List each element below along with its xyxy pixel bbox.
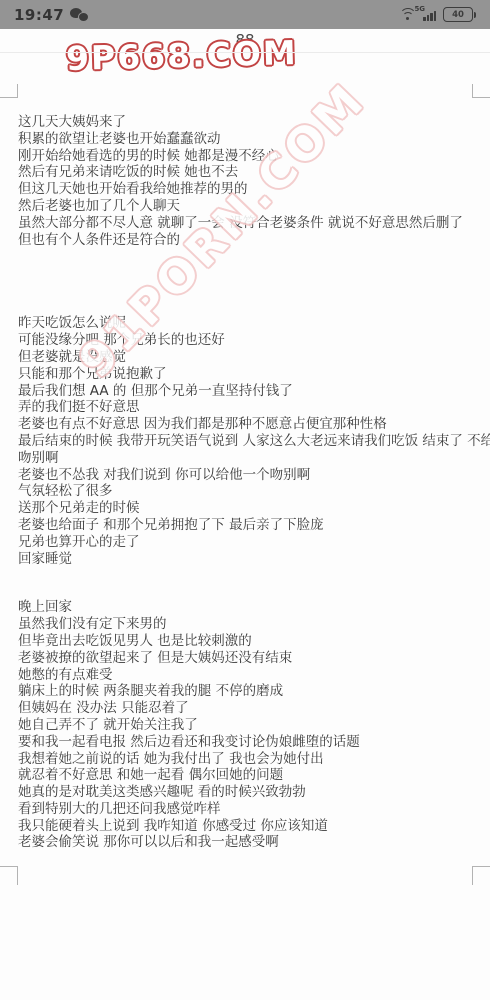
text-line: 兄弟也算开心的走了 bbox=[18, 534, 484, 551]
text-line: 回家睡觉 bbox=[18, 551, 484, 568]
text-line: 看到特别大的几把还问我感觉咋样 bbox=[18, 801, 484, 818]
clock: 19:47 bbox=[14, 6, 64, 24]
status-bar-right: 5G 40 bbox=[399, 7, 476, 22]
text-line: 她自己弄不了 就开始关注我了 bbox=[18, 717, 484, 734]
text-line: 可能没缘分吧 那个兄弟长的也还好 bbox=[18, 332, 484, 349]
text-line: 老婆也有点不好意思 因为我们都是那种不愿意占便宜那种性格 bbox=[18, 416, 484, 433]
header-divider bbox=[0, 52, 490, 53]
text-line: 只能和那个兄弟说抱歉了 bbox=[18, 366, 484, 383]
text-boundary-corner-bottom-left bbox=[0, 866, 18, 885]
network-type-label: 5G bbox=[414, 5, 425, 13]
text-line: 但也有个人条件还是符合的 bbox=[18, 232, 484, 249]
site-watermark: 9P668.COM bbox=[66, 33, 299, 78]
text-line: 弄的我们挺不好意思 bbox=[18, 399, 484, 416]
text-line: 虽然大部分都不尽人意 就聊了一会 没符合老婆条件 就说不好意思然后删了 bbox=[18, 215, 484, 232]
text-line: 老婆也给面子 和那个兄弟拥抱了下 最后亲了下脸庞 bbox=[18, 517, 484, 534]
text-line: 就忍着不好意思 和她一起看 偶尔回她的问题 bbox=[18, 767, 484, 784]
text-line: 我只能硬着头上说到 我咋知道 你感受过 你应该知道 bbox=[18, 818, 484, 835]
battery-icon: 40 bbox=[443, 7, 476, 22]
text-line: 老婆也不怂我 对我们说到 你可以给他一个吻别啊 bbox=[18, 467, 484, 484]
text-line: 气氛轻松了很多 bbox=[18, 483, 484, 500]
text-boundary-corner-top-right bbox=[472, 84, 490, 98]
text-line: 老婆被撩的欲望起来了 但是大姨妈还没有结束 bbox=[18, 650, 484, 667]
status-bar: 19:47 5G 40 bbox=[0, 0, 490, 29]
paragraph: 晚上回家虽然我们没有定下来男的但毕竟出去吃饭见男人 也是比较刺激的老婆被撩的欲望… bbox=[18, 599, 484, 851]
text-line: 但毕竟出去吃饭见男人 也是比较刺激的 bbox=[18, 633, 484, 650]
text-line: 老婆会偷笑说 那你可以以后和我一起感受啊 bbox=[18, 834, 484, 851]
text-line: 然后老婆也加了几个人聊天 bbox=[18, 198, 484, 215]
text-boundary-corner-bottom-right bbox=[472, 866, 490, 885]
battery-level: 40 bbox=[443, 7, 473, 22]
cellular-signal-icon: 5G bbox=[423, 8, 436, 21]
text-line: 积累的欲望让老婆也开始蠢蠢欲动 bbox=[18, 131, 484, 148]
text-line: 她憋的有点难受 bbox=[18, 667, 484, 684]
paragraph: 昨天吃饭怎么说呢可能没缘分吧 那个兄弟长的也还好但老婆就是没感觉只能和那个兄弟说… bbox=[18, 315, 484, 567]
text-line: 但这几天她也开始看我给她推荐的男的 bbox=[18, 181, 484, 198]
text-line: 但姨妈在 没办法 只能忍着了 bbox=[18, 700, 484, 717]
text-line: 躺床上的时候 两条腿夹着我的腿 不停的磨成 bbox=[18, 683, 484, 700]
text-line: 刚开始给她看选的男的时候 她都是漫不经心 bbox=[18, 148, 484, 165]
text-line: 她真的是对耽美这类感兴趣呢 看的时候兴致勃勃 bbox=[18, 784, 484, 801]
text-line: 然后有兄弟来请吃饭的时候 她也不去 bbox=[18, 164, 484, 181]
text-line: 送那个兄弟走的时候 bbox=[18, 500, 484, 517]
status-bar-left: 19:47 bbox=[14, 6, 88, 24]
phone-screen: 19:47 5G 40 88 9P668.COM bbox=[0, 0, 490, 1000]
page-content[interactable]: 这几天大姨妈来了积累的欲望让老婆也开始蠢蠢欲动刚开始给她看选的男的时候 她都是漫… bbox=[18, 114, 484, 851]
text-line: 吻别啊 bbox=[18, 450, 484, 467]
text-line: 要和我一起看电报 然后边看还和我变讨论伪娘雌堕的话题 bbox=[18, 734, 484, 751]
wechat-notification-icon bbox=[70, 8, 88, 22]
text-line: 最后我们想 AA 的 但那个兄弟一直坚持付钱了 bbox=[18, 383, 484, 400]
text-boundary-corner-top-left bbox=[0, 84, 18, 98]
text-line: 昨天吃饭怎么说呢 bbox=[18, 315, 484, 332]
text-line: 虽然我们没有定下来男的 bbox=[18, 616, 484, 633]
text-line: 但老婆就是没感觉 bbox=[18, 349, 484, 366]
chat-bubble-icon bbox=[78, 12, 89, 22]
text-line: 这几天大姨妈来了 bbox=[18, 114, 484, 131]
text-line: 最后结束的时候 我带开玩笑语气说到 人家这么大老远来请我们吃饭 结束了 不给人家… bbox=[18, 433, 484, 450]
text-line: 晚上回家 bbox=[18, 599, 484, 616]
paragraph: 这几天大姨妈来了积累的欲望让老婆也开始蠢蠢欲动刚开始给她看选的男的时候 她都是漫… bbox=[18, 114, 484, 248]
text-line: 我想着她之前说的话 她为我付出了 我也会为她付出 bbox=[18, 751, 484, 768]
